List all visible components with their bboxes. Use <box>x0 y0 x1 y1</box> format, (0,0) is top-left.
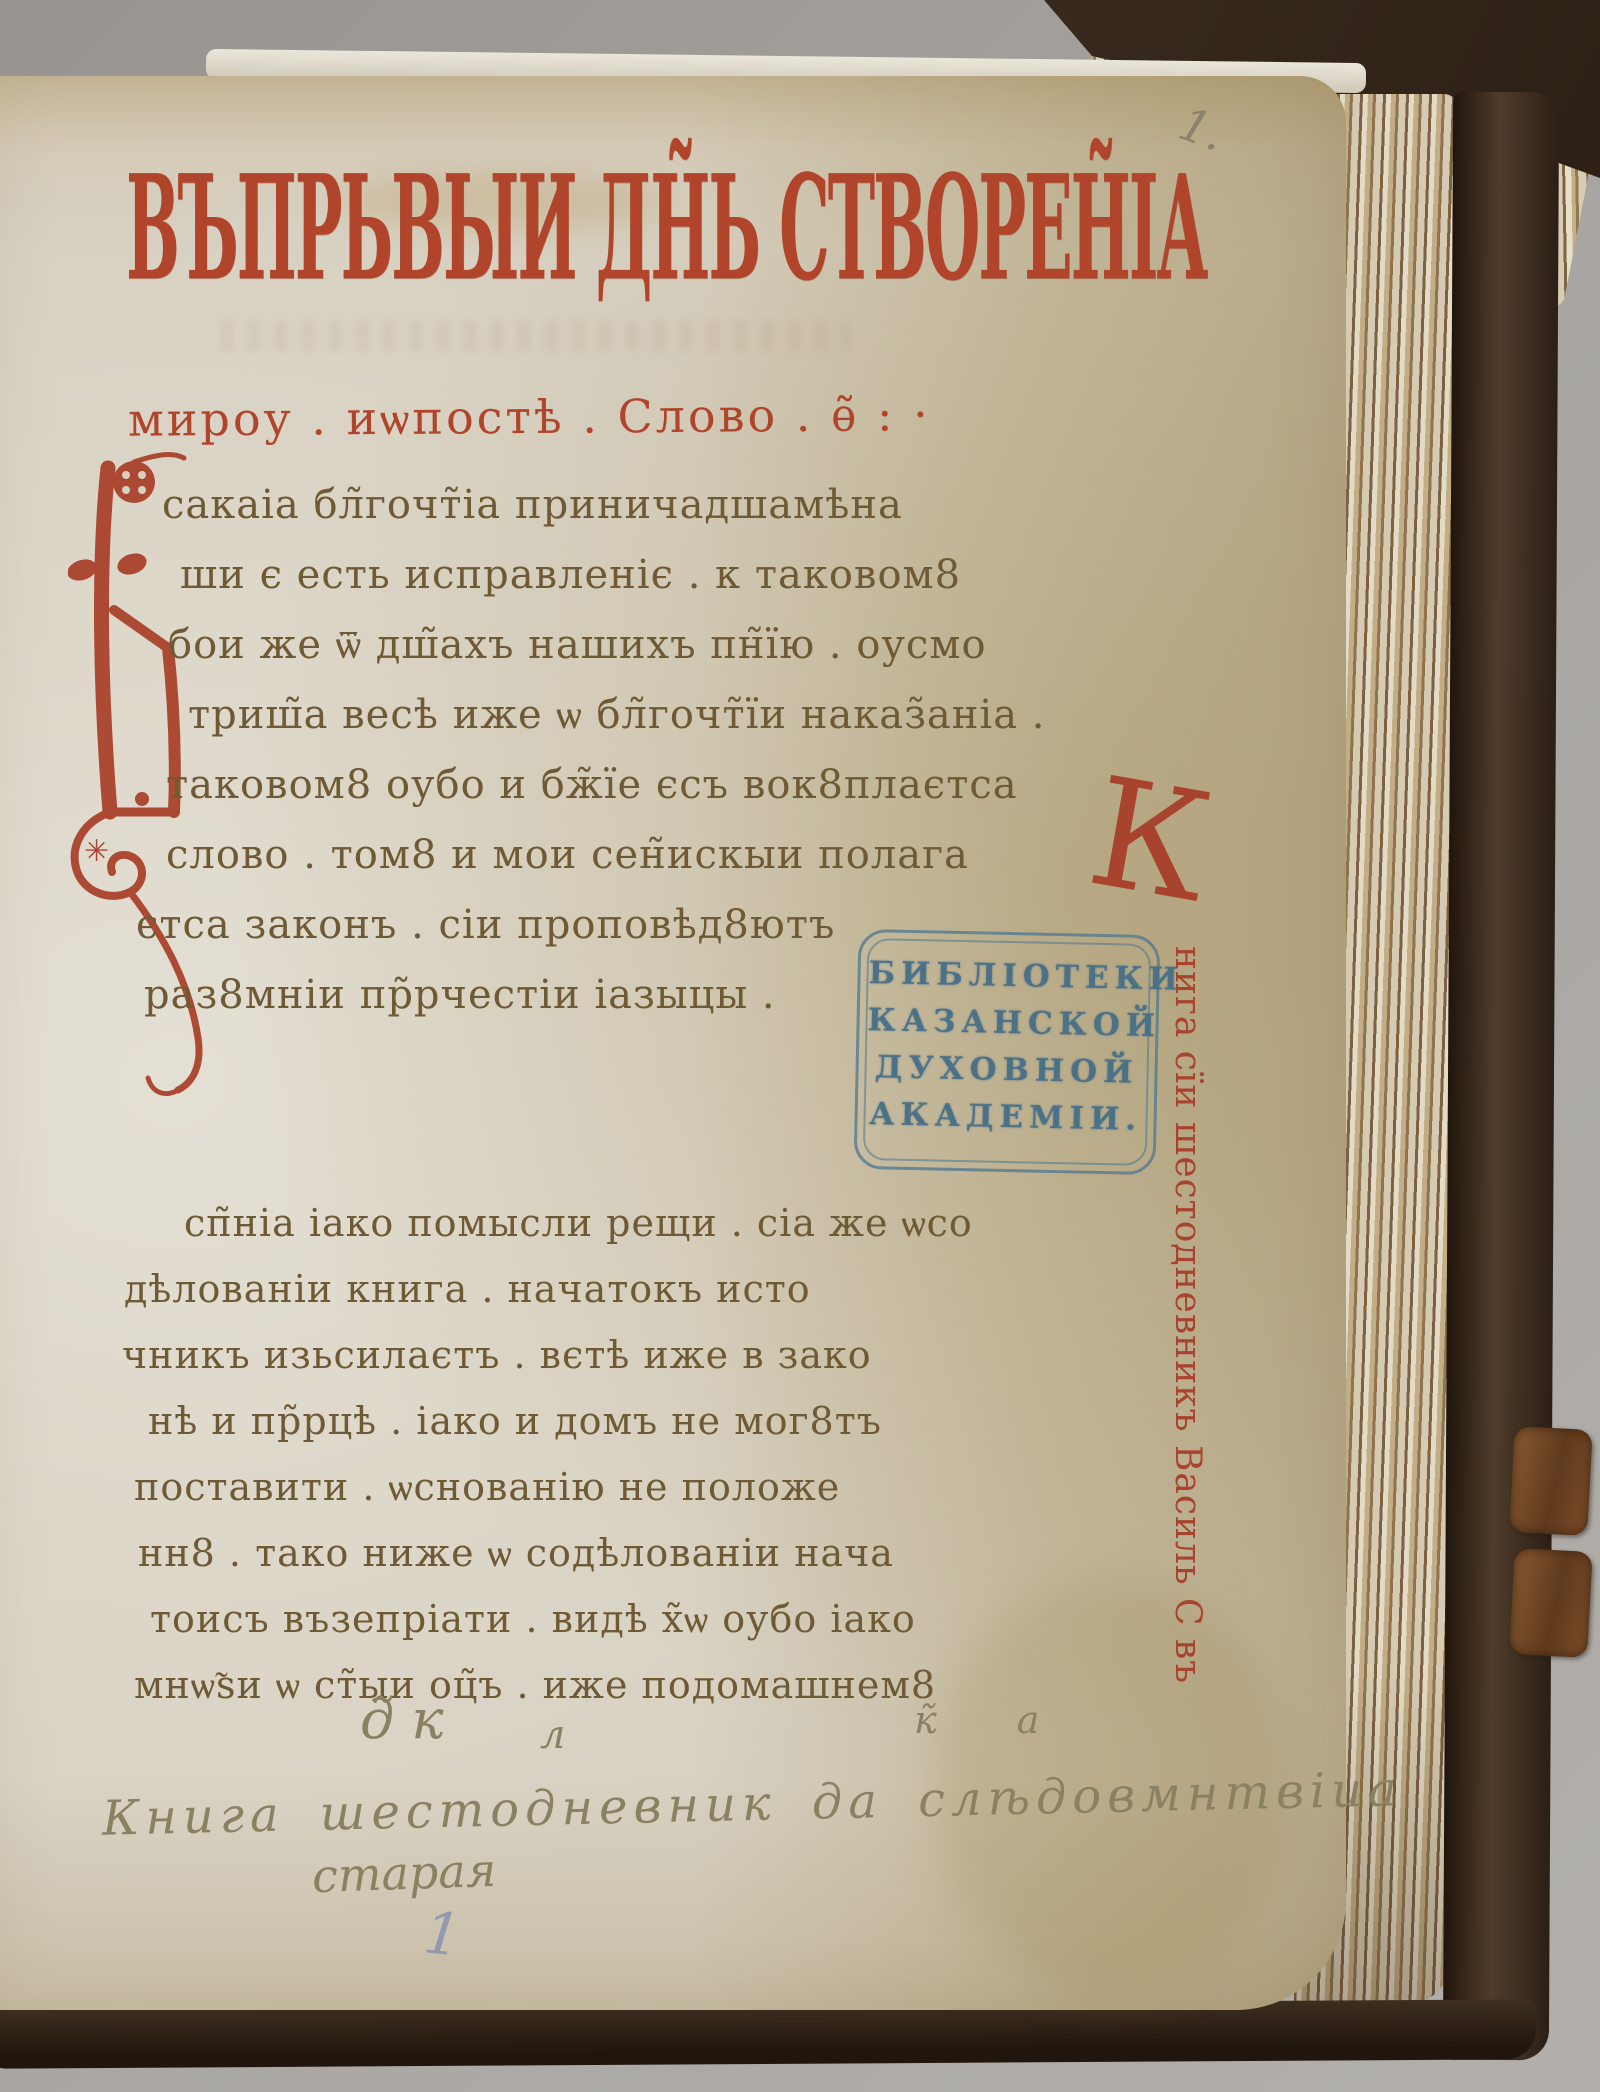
manuscript-line: нѣ и пр̃рцѣ . іако и домъ не мог8тъ <box>148 1388 973 1454</box>
manuscript-line: нн8 . тако ниже ѡ содѣлованіи нача <box>138 1520 973 1586</box>
manuscript-photo: 1. ВЪПРЬВЫИ ДН̃Ь СТВОРЕН̃ІА мироу . иѡпо… <box>0 0 1600 2092</box>
title-vyaz-ornamental: ВЪПРЬВЫИ ДН̃Ь СТВОРЕН̃ІА <box>126 156 866 306</box>
manuscript-line: таковом8 оубо и бж̃їе єсъ вок8плаєтса <box>166 750 1046 820</box>
bottom-note-superscript: д̃ к <box>360 1688 444 1751</box>
library-stamp-border: БИБЛІОТЕКИ КАЗАНСКОЙ ДУХОВНОЙ АКАДЕМІИ. <box>863 938 1152 1166</box>
manuscript-line: бои же ѿ дш̃ахъ нашихъ пн̃їю . оусмо <box>168 610 1046 680</box>
stamp-line: КАЗАНСКОЙ <box>867 997 1148 1050</box>
library-stamp: БИБЛІОТЕКИ КАЗАНСКОЙ ДУХОВНОЙ АКАДЕМІИ. <box>854 929 1161 1175</box>
margin-note-vertical: нига сїи шестодневникъ Василь С въ <box>1167 946 1208 1684</box>
ink-bleed-through <box>220 320 850 352</box>
manuscript-line: поставити . ѡснованію не положе <box>134 1454 973 1520</box>
manuscript-line: сакаіа бл̃гочт̃іа приничадшамѣна <box>162 470 1046 540</box>
text-block-2: сп̃ніа іако помысли рещи . сіа же ѡсо дѣ… <box>128 1190 973 1718</box>
manuscript-line: триш̃а весѣ иже ѡ бл̃гочт̃їи наказ̃аніа … <box>188 680 1046 750</box>
leather-binding-right <box>1443 92 1559 2061</box>
clasp-prong-top <box>1509 1426 1592 1536</box>
manuscript-line: тоисъ възепріати . видѣ х̃ѡ оубо іако <box>150 1586 973 1652</box>
manuscript-line: чникъ изьсилаєтъ . вєтѣ иже в зако <box>122 1322 973 1388</box>
manuscript-line: сп̃ніа іако помысли рещи . сіа же ѡсо <box>184 1190 973 1256</box>
manuscript-line: мнѡ̃ѕи ѡ ст̃ыи оц̃ъ . иже подомашнем8 <box>134 1652 973 1718</box>
red-asterisk-mark: ✳ <box>84 834 109 869</box>
manuscript-line: слово . том8 и мои сен̃искыи полага <box>166 820 1046 890</box>
title-vyaz-text: ВЪПРЬВЫИ ДН̃Ь СТВОРЕН̃ІА <box>126 156 1206 300</box>
title-rubric-line: мироу . иѡпостѣ . Слово . ѳ̃ : · <box>128 387 931 447</box>
stamp-line: ДУХОВНОЙ <box>866 1044 1147 1097</box>
bottom-note-superscript: л <box>540 1712 565 1758</box>
bottom-note-line2: старая <box>311 1843 497 1903</box>
manuscript-line: дѣлованіи книга . начатокъ исто <box>124 1256 973 1322</box>
stamp-line: БИБЛІОТЕКИ <box>868 950 1149 1003</box>
bottom-note-superscript: к̃ а <box>914 1698 1073 1742</box>
stamp-line: АКАДЕМІИ. <box>865 1091 1146 1144</box>
book-clasp <box>1506 1428 1594 1674</box>
blue-page-number: 1 <box>421 1898 465 1969</box>
clasp-prong-bottom <box>1509 1548 1592 1658</box>
manuscript-line: ши є есть исправленіє . к таковом8 <box>180 540 1046 610</box>
